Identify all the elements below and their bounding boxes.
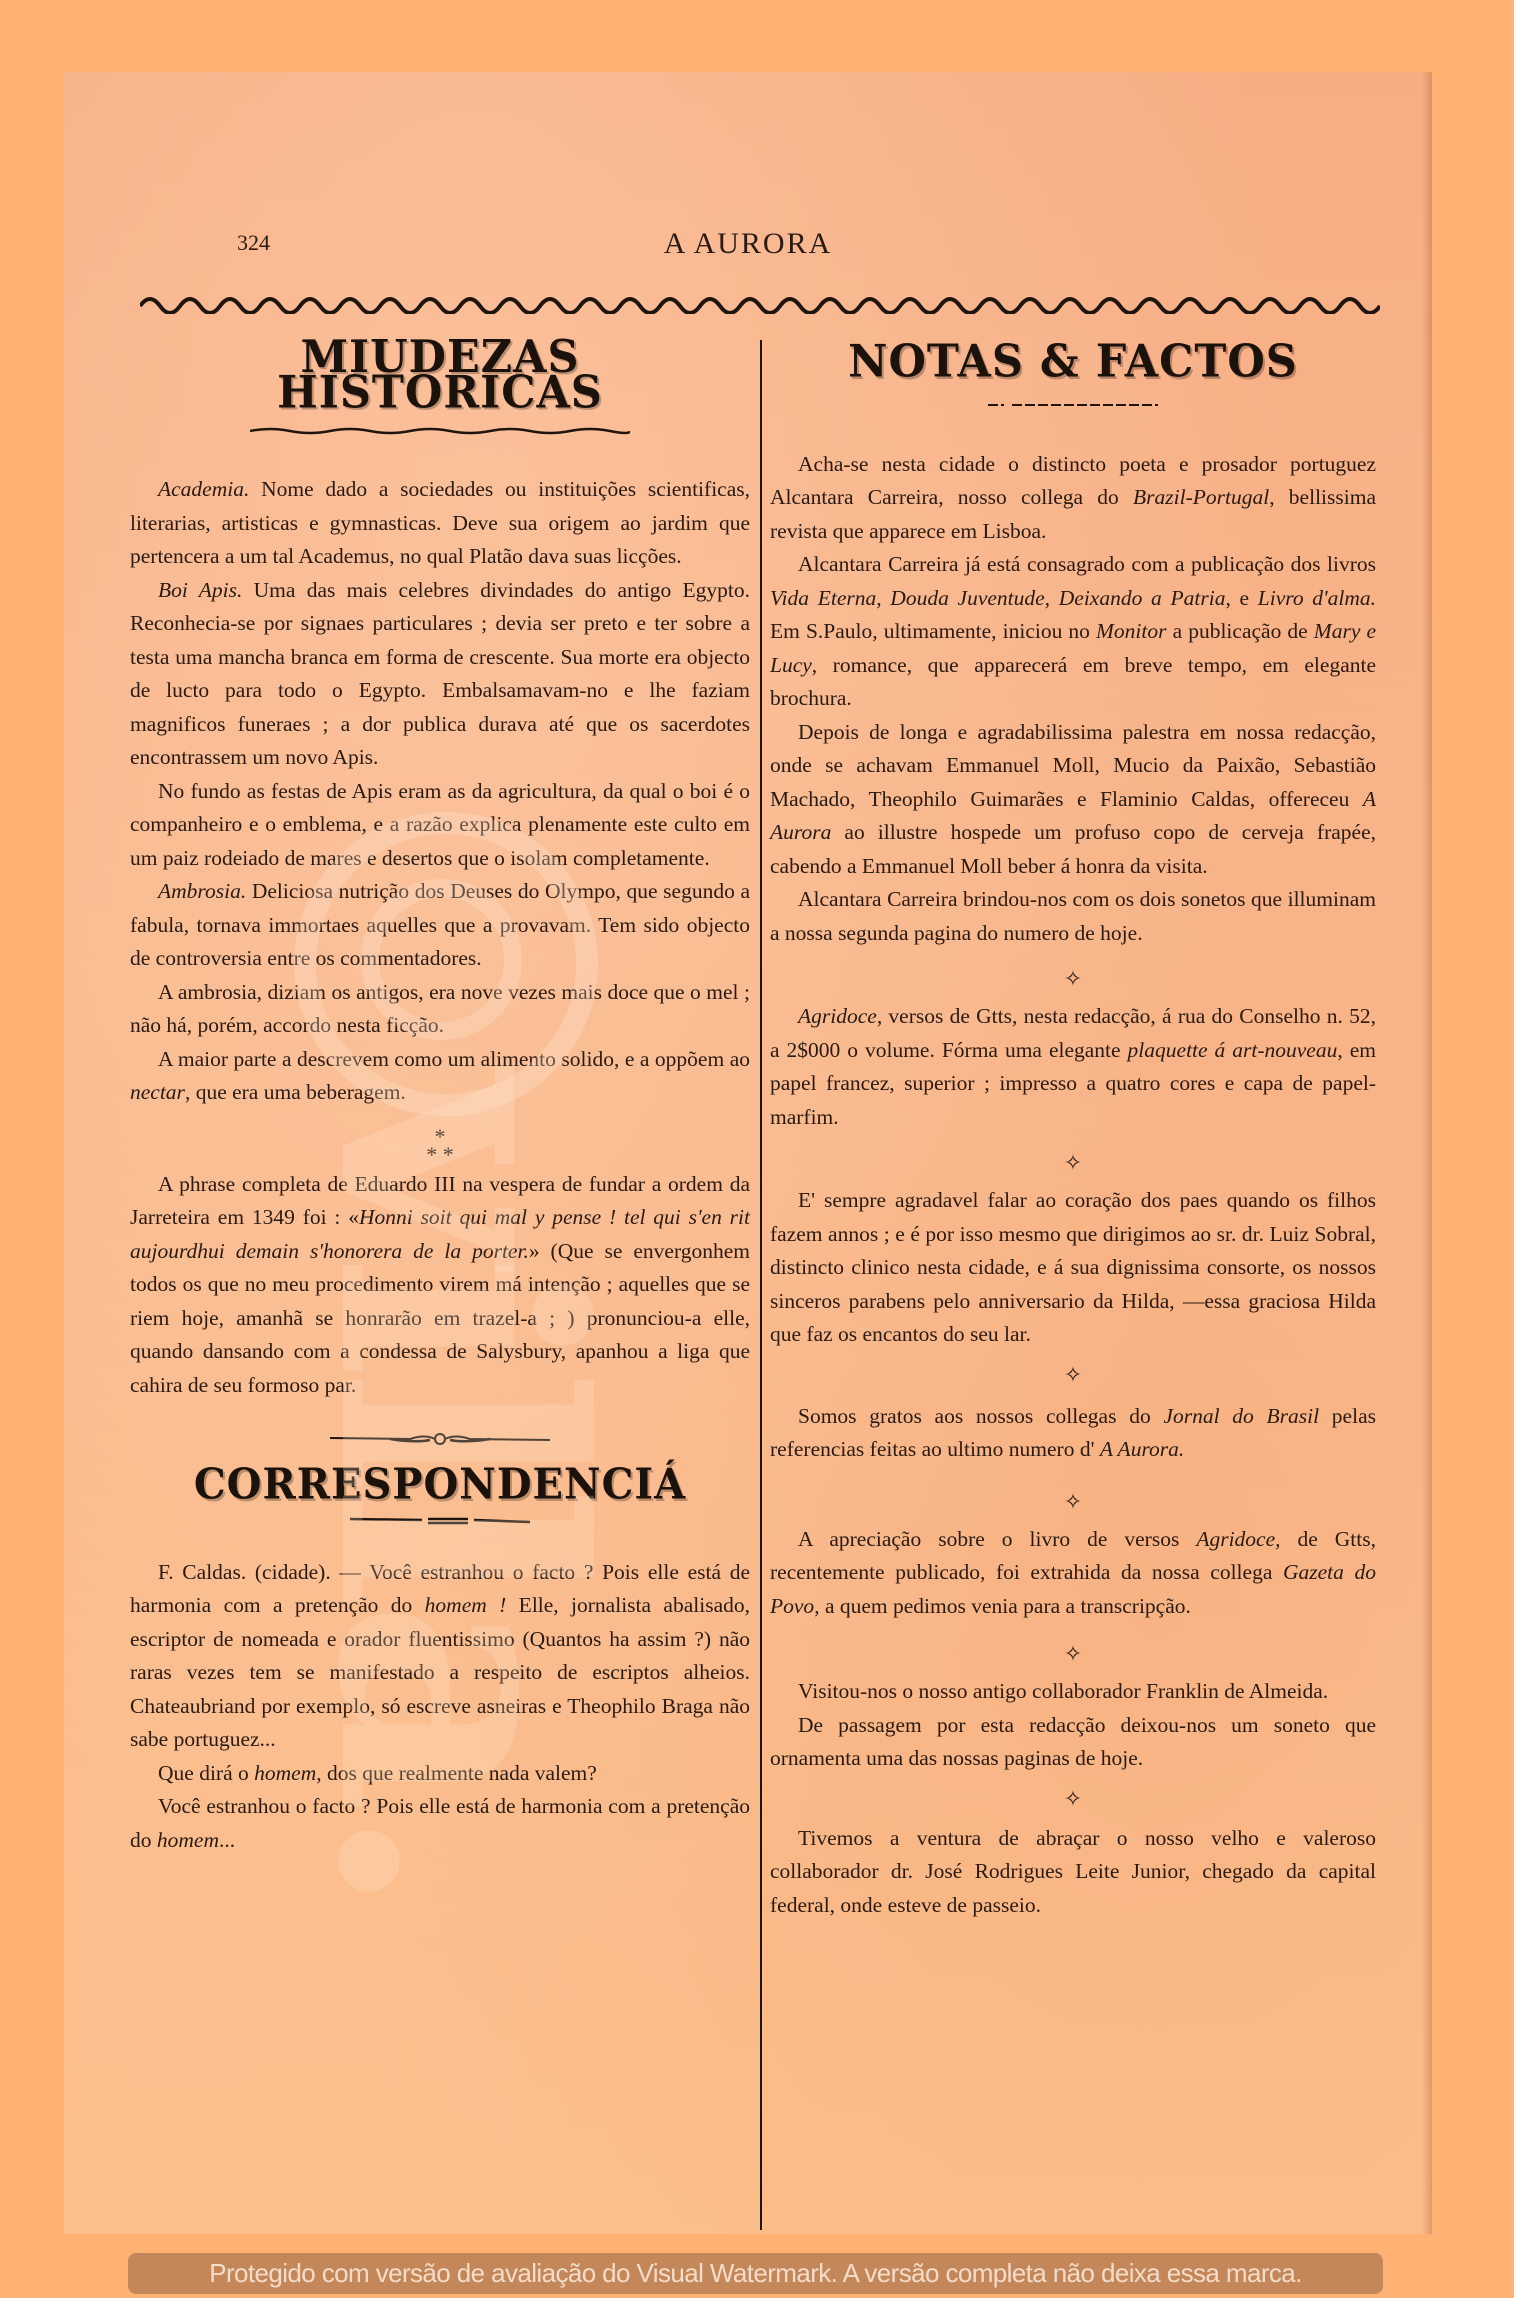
newspaper-page: 324 A AURORA MIUDEZAS HISTORICAS Academi… — [64, 72, 1432, 2234]
note-leite-junior: Tivemos a ventura de abraçar o nosso vel… — [770, 1822, 1376, 1923]
diamond-ornament-icon: ✧ — [770, 1784, 1376, 1814]
watermark-logo-icon — [294, 812, 598, 1116]
note-palestra: Depois de longa e agradabilissima palest… — [770, 716, 1376, 884]
entry-jarreteira: A phrase completa de Eduardo III na vesp… — [130, 1168, 750, 1403]
section-title-correspondencia: CORRESPONDENCIÁ — [130, 1467, 750, 1502]
diamond-ornament-icon: ✧ — [770, 1487, 1376, 1517]
note-alcantara-books: Alcantara Carreira já está consagrado co… — [770, 548, 1376, 716]
ornamental-divider — [330, 1432, 550, 1446]
correspondence-p3: Você estranhou o facto ? Pois elle está … — [130, 1790, 750, 1857]
section-title-miudezas: MIUDEZAS HISTORICAS — [130, 340, 750, 410]
asterism-divider: * * * — [130, 1128, 750, 1164]
correspondence-caldas: F. Caldas. (cidade). — Você estranhou o … — [130, 1556, 750, 1757]
evaluation-watermark-notice: Protegido com versão de avaliação do Vis… — [128, 2253, 1383, 2294]
running-title: A AURORA — [64, 227, 1432, 261]
note-apreciacao: A apreciação sobre o livro de versos Agr… — [770, 1523, 1376, 1624]
note-hilda: E' sempre agradavel falar ao coração dos… — [770, 1184, 1376, 1352]
title-underline-rule — [250, 427, 630, 435]
note-soneto: De passagem por esta redacção deixou-nos… — [770, 1709, 1376, 1776]
note-franklin: Visitou-nos o nosso antigo collaborador … — [770, 1675, 1376, 1709]
correspondence-p2: Que dirá o homem, dos que realmente nada… — [130, 1757, 750, 1791]
note-sonetos: Alcantara Carreira brindou-nos com os do… — [770, 883, 1376, 950]
diamond-ornament-icon: ✧ — [770, 964, 1376, 994]
term: Boi Apis. — [158, 578, 242, 602]
wavy-rule-ornament — [140, 292, 1380, 314]
entry-boi-apis: Boi Apis. Uma das mais celebres divindad… — [130, 574, 750, 775]
term: Academia. — [158, 477, 249, 501]
title-underline-rule — [350, 1516, 530, 1526]
diamond-ornament-icon: ✧ — [770, 1360, 1376, 1390]
column-divider — [760, 340, 762, 2230]
term: Ambrosia. — [158, 879, 246, 903]
diamond-ornament-icon: ✧ — [770, 1639, 1376, 1669]
entry-academia: Academia. Nome dado a sociedades ou inst… — [130, 473, 750, 574]
note-jornal-brasil: Somos gratos aos nossos collegas do Jorn… — [770, 1400, 1376, 1467]
note-alcantara-arrival: Acha-se nesta cidade o distincto poeta e… — [770, 448, 1376, 549]
title-underline-rule — [988, 402, 1158, 408]
right-column: NOTAS & FACTOS Acha-se nesta cidade o di… — [770, 340, 1376, 1922]
diamond-ornament-icon: ✧ — [770, 1148, 1376, 1178]
note-agridoce: Agridoce, versos de Gtts, nesta redacção… — [770, 1000, 1376, 1134]
section-title-notas-factos: NOTAS & FACTOS — [770, 345, 1376, 380]
